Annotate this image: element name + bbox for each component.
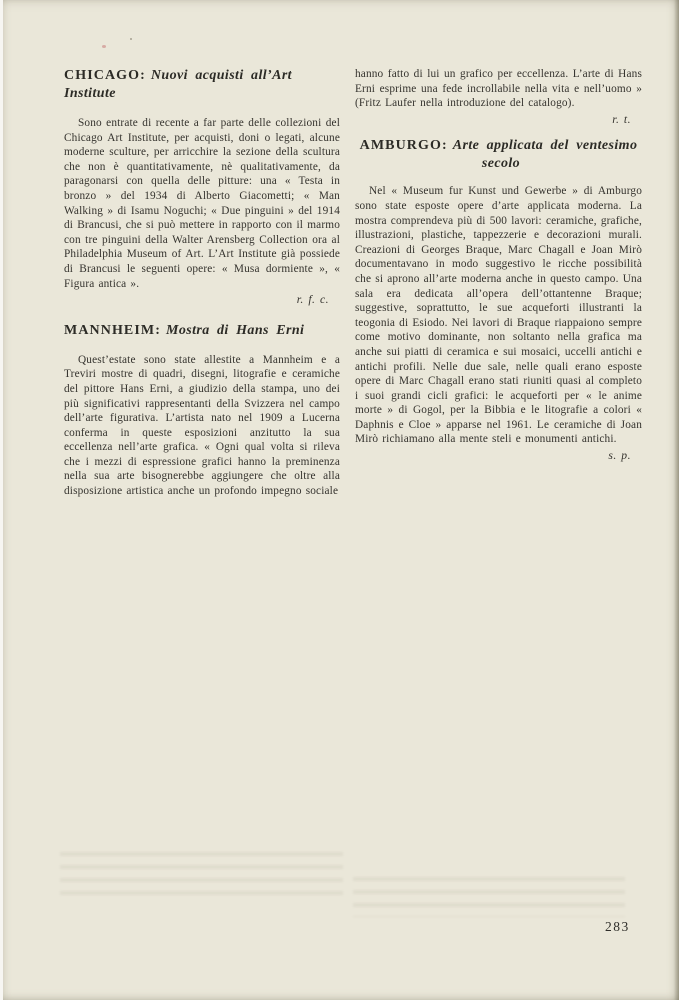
page-showthrough bbox=[353, 877, 625, 917]
column-left: CHICAGO:Nuovi acquisti all’Art Institute… bbox=[64, 67, 340, 499]
article-title: Mostra di Hans Erni bbox=[166, 323, 304, 338]
article-title: Arte applicata del ventesimo bbox=[453, 138, 638, 153]
article-signature: r. t. bbox=[355, 113, 642, 128]
article-paragraph: Nel « Museum fur Kunst und Gewerbe » di … bbox=[355, 184, 642, 447]
article-paragraph-continuation: hanno fatto di lui un grafico per eccell… bbox=[355, 67, 642, 111]
paper-speck bbox=[130, 38, 132, 40]
scanned-journal-page: CHICAGO:Nuovi acquisti all’Art Institute… bbox=[3, 0, 679, 1000]
article-heading-amburgo: AMBURGO:Arte applicata del ventesimo sec… bbox=[355, 137, 642, 173]
article-city-label: CHICAGO: bbox=[64, 68, 146, 83]
article-city-label: MANNHEIM: bbox=[64, 323, 161, 338]
paper-speck bbox=[102, 45, 106, 48]
page-showthrough bbox=[60, 852, 343, 904]
column-right: hanno fatto di lui un grafico per eccell… bbox=[355, 67, 642, 464]
article-heading-mannheim: MANNHEIM:Mostra di Hans Erni bbox=[64, 322, 340, 340]
article-city-label: AMBURGO: bbox=[360, 138, 448, 153]
article-title-line2: secolo bbox=[482, 156, 520, 171]
page-edge-shadow bbox=[674, 0, 679, 1000]
article-heading-line1: AMBURGO:Arte applicata del ventesimo bbox=[360, 138, 638, 153]
article-signature: s. p. bbox=[355, 449, 642, 464]
article-paragraph: Quest’estate sono state allestite a Mann… bbox=[64, 353, 340, 499]
article-paragraph: Sono entrate di recente a far parte dell… bbox=[64, 116, 340, 291]
page-number: 283 bbox=[605, 919, 630, 935]
article-signature: r. f. c. bbox=[64, 293, 340, 308]
article-heading-chicago: CHICAGO:Nuovi acquisti all’Art Institute bbox=[64, 67, 340, 103]
